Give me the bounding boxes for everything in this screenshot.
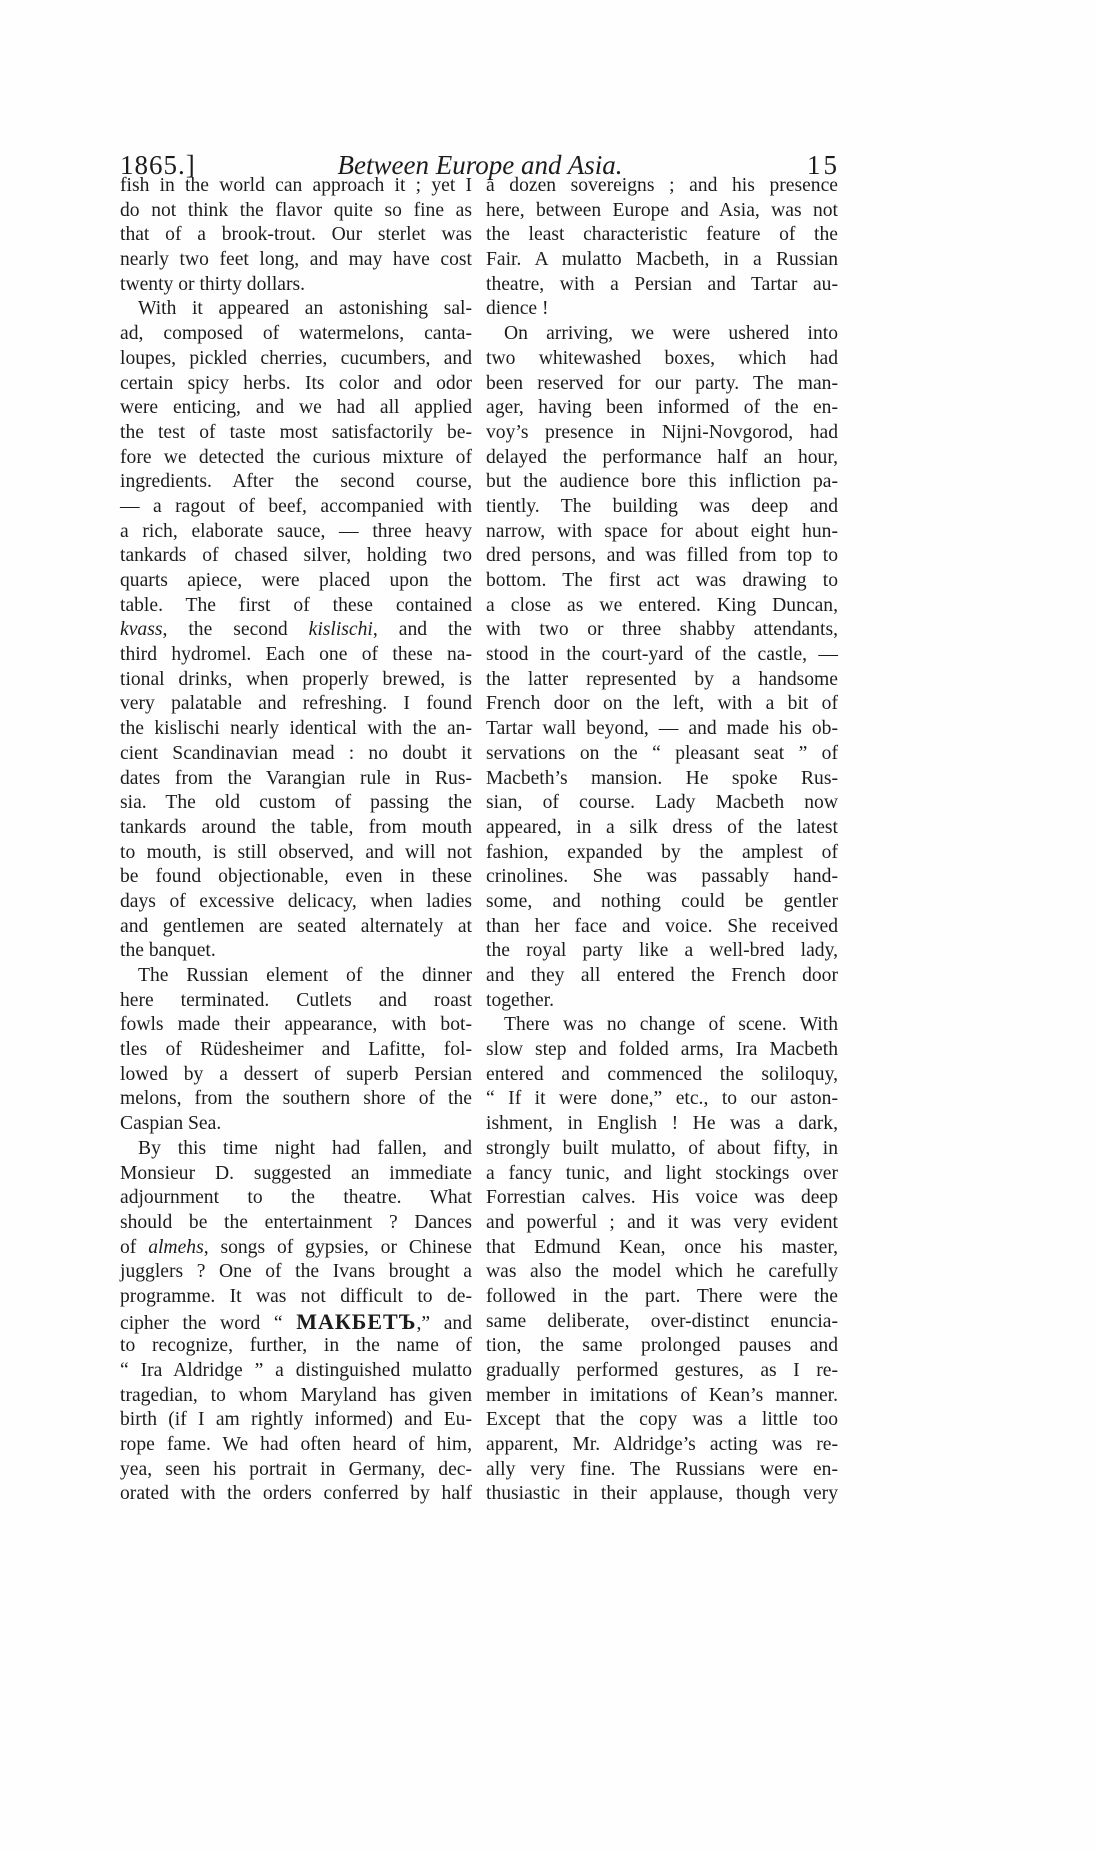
text-line: voy’s presence in Nijni-Novgorod, had — [486, 421, 838, 446]
text-line: “ If it were done,” etc., to our aston- — [486, 1087, 838, 1112]
book-page: 1865.] Between Europe and Asia. 15 fish … — [0, 0, 1096, 1850]
cyrillic-title: МАКБЕТЪ — [296, 1309, 416, 1334]
text-line: a fancy tunic, and light stockings over — [486, 1162, 838, 1187]
text-line: Forrestian calves. His voice was deep — [486, 1186, 838, 1211]
text-line: dience ! — [486, 297, 838, 322]
text-line: than her face and voice. She received — [486, 915, 838, 940]
text-line: melons, from the southern shore of the — [120, 1087, 472, 1112]
text-line: to mouth, is still observed, and will no… — [120, 841, 472, 866]
text-line: ager, having been informed of the en- — [486, 396, 838, 421]
text-line: table. The first of these contained — [120, 594, 472, 619]
text-line: a dozen sovereigns ; and his presence — [486, 174, 838, 199]
text-line: lowed by a dessert of superb Persian — [120, 1063, 472, 1088]
text-line: The Russian element of the dinner — [120, 964, 472, 989]
text-line: rope fame. We had often heard of him, — [120, 1433, 472, 1458]
text-line: twenty or thirty dollars. — [120, 273, 472, 298]
text-line: fowls made their appearance, with bot- — [120, 1013, 472, 1038]
text-line: tion, the same prolonged pauses and — [486, 1334, 838, 1359]
text-line: By this time night had fallen, and — [120, 1137, 472, 1162]
text-line: that of a brook-trout. Our sterlet was — [120, 223, 472, 248]
text-line: was also the model which he carefully — [486, 1260, 838, 1285]
text-line: tankards of chased silver, holding two — [120, 544, 472, 569]
text-line: here, between Europe and Asia, was not — [486, 199, 838, 224]
text-line: thusiastic in their applause, though ver… — [486, 1482, 838, 1507]
text-line: adjournment to the theatre. What — [120, 1186, 472, 1211]
text-line: cient Scandinavian mead : no doubt it — [120, 742, 472, 767]
text-line: a close as we entered. King Duncan, — [486, 594, 838, 619]
text-line: French door on the left, with a bit of — [486, 692, 838, 717]
text-line: together. — [486, 989, 838, 1014]
text-line: two whitewashed boxes, which had — [486, 347, 838, 372]
text-line: nearly two feet long, and may have cost — [120, 248, 472, 273]
text-line: Caspian Sea. — [120, 1112, 472, 1137]
text-line: stood in the court-yard of the castle, — — [486, 643, 838, 668]
text-line: jugglers ? One of the Ivans brought a — [120, 1260, 472, 1285]
text-line: sia. The old custom of passing the — [120, 791, 472, 816]
text-line: tles of Rüdesheimer and Lafitte, fol- — [120, 1038, 472, 1063]
text-line: theatre, with a Persian and Tartar au- — [486, 273, 838, 298]
text-line: ally very fine. The Russians were en- — [486, 1458, 838, 1483]
text-line: fish in the world can approach it ; yet … — [120, 174, 472, 199]
text-line: ad, composed of watermelons, canta- — [120, 322, 472, 347]
text-line: fashion, expanded by the amplest of — [486, 841, 838, 866]
text-line: the least characteristic feature of the — [486, 223, 838, 248]
italic-term: almehs — [148, 1237, 204, 1258]
text-line: fore we detected the curious mixture of — [120, 446, 472, 471]
text-line: cipher the word “ МАКБЕТЪ,” and — [120, 1310, 472, 1335]
text-line: “ Ira Aldridge ” a distinguished mulatto — [120, 1359, 472, 1384]
text-line: entered and commenced the soliloquy, — [486, 1063, 838, 1088]
text-line: apparent, Mr. Aldridge’s acting was re- — [486, 1433, 838, 1458]
text-line: tiently. The building was deep and — [486, 495, 838, 520]
text-line: but the audience bore this infliction pa… — [486, 470, 838, 495]
text-line: slow step and folded arms, Ira Macbeth — [486, 1038, 838, 1063]
text-line: crinolines. She was passably hand- — [486, 865, 838, 890]
text-line: On arriving, we were ushered into — [486, 322, 838, 347]
text-line: bottom. The first act was drawing to — [486, 569, 838, 594]
text-line: sian, of course. Lady Macbeth now — [486, 791, 838, 816]
text-line: strongly built mulatto, of about fifty, … — [486, 1137, 838, 1162]
text-line: some, and nothing could be gentler — [486, 890, 838, 915]
text-line: Fair. A mulatto Macbeth, in a Russian — [486, 248, 838, 273]
text-line: With it appeared an astonishing sal- — [120, 297, 472, 322]
text-line: a rich, elaborate sauce, — three heavy — [120, 520, 472, 545]
text-line: Macbeth’s mansion. He spoke Rus- — [486, 767, 838, 792]
text-line: been reserved for our party. The man- — [486, 372, 838, 397]
text-line: that Edmund Kean, once his master, — [486, 1236, 838, 1261]
text-line: birth (if I am rightly informed) and Eu- — [120, 1408, 472, 1433]
text-line: dred persons, and was filled from top to — [486, 544, 838, 569]
text-line: Monsieur D. suggested an immediate — [120, 1162, 472, 1187]
text-line: ishment, in English ! He was a dark, — [486, 1112, 838, 1137]
right-text-column: a dozen sovereigns ; and his presenceher… — [486, 174, 838, 1507]
text-line: There was no change of scene. With — [486, 1013, 838, 1038]
text-line: the royal party like a well-bred lady, — [486, 939, 838, 964]
text-line: Tartar wall beyond, — and made his ob- — [486, 717, 838, 742]
left-text-column: fish in the world can approach it ; yet … — [120, 174, 472, 1507]
text-line: followed in the part. There were the — [486, 1285, 838, 1310]
text-line: the kislischi nearly identical with the … — [120, 717, 472, 742]
text-line: be found objectionable, even in these — [120, 865, 472, 890]
text-line: loupes, pickled cherries, cucumbers, and — [120, 347, 472, 372]
text-line: ingredients. After the second course, — [120, 470, 472, 495]
text-line: should be the entertainment ? Dances — [120, 1211, 472, 1236]
text-line: dates from the Varangian rule in Rus- — [120, 767, 472, 792]
text-line: orated with the orders conferred by half — [120, 1482, 472, 1507]
text-line: the banquet. — [120, 939, 472, 964]
text-line: — a ragout of beef, accompanied with — [120, 495, 472, 520]
text-line: and they all entered the French door — [486, 964, 838, 989]
text-line: were enticing, and we had all applied — [120, 396, 472, 421]
text-line: third hydromel. Each one of these na- — [120, 643, 472, 668]
text-line: kvass, the second kislischi, and the — [120, 618, 472, 643]
text-line: the latter represented by a handsome — [486, 668, 838, 693]
text-line: days of excessive delicacy, when ladies — [120, 890, 472, 915]
text-line: tional drinks, when properly brewed, is — [120, 668, 472, 693]
text-line: delayed the performance half an hour, — [486, 446, 838, 471]
text-line: here terminated. Cutlets and roast — [120, 989, 472, 1014]
text-line: narrow, with space for about eight hun- — [486, 520, 838, 545]
italic-term: kislischi — [309, 619, 373, 640]
text-line: same deliberate, over-distinct enuncia- — [486, 1310, 838, 1335]
text-line: programme. It was not difficult to de- — [120, 1285, 472, 1310]
text-line: yea, seen his portrait in Germany, dec- — [120, 1458, 472, 1483]
text-line: appeared, in a silk dress of the latest — [486, 816, 838, 841]
text-line: the test of taste most satisfactorily be… — [120, 421, 472, 446]
text-line: quarts apiece, were placed upon the — [120, 569, 472, 594]
text-line: certain spicy herbs. Its color and odor — [120, 372, 472, 397]
text-line: to recognize, further, in the name of — [120, 1334, 472, 1359]
text-line: tankards around the table, from mouth — [120, 816, 472, 841]
text-line: gradually performed gestures, as I re- — [486, 1359, 838, 1384]
text-line: and gentlemen are seated alternately at — [120, 915, 472, 940]
text-line: very palatable and refreshing. I found — [120, 692, 472, 717]
text-line: do not think the flavor quite so fine as — [120, 199, 472, 224]
italic-term: kvass — [120, 619, 162, 640]
text-line: of almehs, songs of gypsies, or Chinese — [120, 1236, 472, 1261]
text-line: with two or three shabby attendants, — [486, 618, 838, 643]
text-line: Except that the copy was a little too — [486, 1408, 838, 1433]
text-line: tragedian, to whom Maryland has given — [120, 1384, 472, 1409]
text-line: servations on the “ pleasant seat ” of — [486, 742, 838, 767]
text-line: and powerful ; and it was very evident — [486, 1211, 838, 1236]
text-line: member in imitations of Kean’s manner. — [486, 1384, 838, 1409]
